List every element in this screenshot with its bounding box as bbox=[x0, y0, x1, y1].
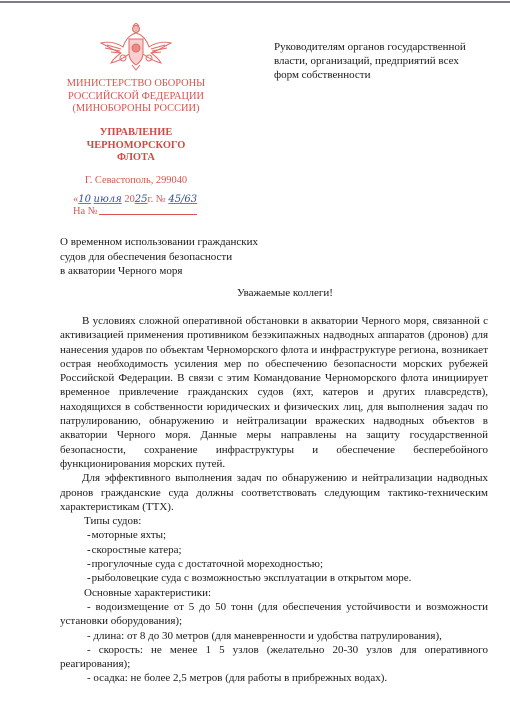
addressee-line: власти, организаций, предприятий всех bbox=[274, 54, 504, 68]
reply-to-label: На № bbox=[73, 206, 98, 217]
date-day: 10 bbox=[78, 194, 91, 205]
unit-name: УПРАВЛЕНИЕ ЧЕРНОМОРСКОГО ФЛОТА bbox=[40, 127, 232, 165]
specs-heading: Основные характеристики: bbox=[60, 586, 488, 600]
dash-bullet-icon: - bbox=[87, 529, 91, 541]
dash-bullet-icon: - bbox=[87, 558, 91, 570]
double-headed-eagle-icon bbox=[99, 23, 173, 71]
vessel-type-text: скоростные катера; bbox=[92, 544, 182, 556]
spec-item: - водоизмещение от 5 до 50 тонн (для обе… bbox=[60, 600, 488, 629]
date-year-prefix: 20 bbox=[124, 194, 134, 205]
dash-bullet-icon: - bbox=[87, 572, 91, 584]
addressee-block: Руководителям органов государственной вл… bbox=[274, 40, 504, 82]
vessel-type-item: -рыболовецкие суда с возможностью эксплу… bbox=[60, 571, 488, 585]
subject-line: судов для обеспечения безопасности bbox=[60, 250, 320, 265]
vessel-type-item: -прогулочные суда с достаточной мореходн… bbox=[60, 557, 488, 571]
reply-to-line: На № bbox=[73, 206, 197, 217]
spec-item: - осадка: не более 2,5 метров (для работ… bbox=[60, 671, 488, 685]
body-paragraph: Для эффективного выполнения задач по обн… bbox=[60, 471, 488, 514]
subject-line: О временном использовании гражданских bbox=[60, 235, 320, 250]
unit-line: ФЛОТА bbox=[40, 152, 232, 165]
vessel-type-text: рыболовецкие суда с возможностью эксплуа… bbox=[92, 572, 412, 584]
unit-line: УПРАВЛЕНИЕ bbox=[40, 127, 232, 140]
body-paragraph: В условиях сложной оперативной обстановк… bbox=[60, 314, 488, 471]
ministry-line: (МИНОБОРОНЫ РОССИИ) bbox=[40, 103, 232, 116]
registration-line: «10 июля 2025г. № 45/63 bbox=[73, 194, 197, 205]
ministry-line: МИНИСТЕРСТВО ОБОРОНЫ bbox=[40, 78, 232, 91]
date-year-label: г. № bbox=[148, 194, 166, 205]
reply-to-blank bbox=[99, 214, 197, 215]
spec-item: - скорость: не менее 1 5 узлов (желатель… bbox=[60, 643, 488, 672]
vessel-types-heading: Типы судов: bbox=[60, 514, 488, 528]
date-month: июля bbox=[94, 194, 122, 205]
ministry-name: МИНИСТЕРСТВО ОБОРОНЫ РОССИЙСКОЙ ФЕДЕРАЦИ… bbox=[40, 78, 232, 116]
vessel-type-item: -скоростные катера; bbox=[60, 543, 488, 557]
city-postcode: Г. Севастополь, 299040 bbox=[40, 175, 232, 187]
subject-block: О временном использовании гражданских су… bbox=[60, 235, 320, 279]
document-number: 45/63 bbox=[168, 194, 197, 205]
letter-body: В условиях сложной оперативной обстановк… bbox=[60, 314, 488, 686]
spec-item: - длина: от 8 до 30 метров (для маневрен… bbox=[60, 629, 488, 643]
vessel-type-text: моторные яхты; bbox=[92, 529, 166, 541]
unit-line: ЧЕРНОМОРСКОГО bbox=[40, 140, 232, 153]
ministry-line: РОССИЙСКОЙ ФЕДЕРАЦИИ bbox=[40, 91, 232, 104]
addressee-line: Руководителям органов государственной bbox=[274, 40, 504, 54]
vessel-type-item: -моторные яхты; bbox=[60, 528, 488, 542]
subject-line: в акватории Черного моря bbox=[60, 264, 320, 279]
dash-bullet-icon: - bbox=[87, 544, 91, 556]
addressee-line: форм собственности bbox=[274, 68, 504, 82]
greeting: Уважаемые коллеги! bbox=[0, 287, 510, 299]
date-year-suffix: 25 bbox=[135, 194, 148, 205]
top-border bbox=[0, 1, 510, 3]
vessel-type-text: прогулочные суда с достаточной мореходно… bbox=[92, 558, 323, 570]
